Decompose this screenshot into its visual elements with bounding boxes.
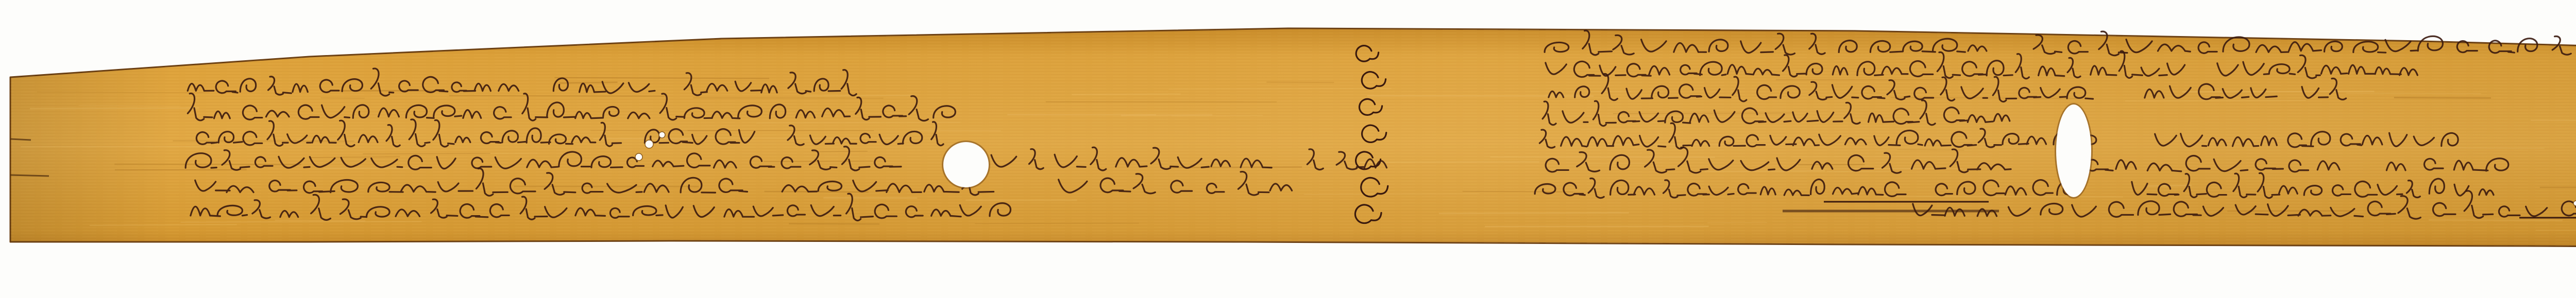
- worm-hole: [635, 153, 642, 161]
- string-hole-right: [2056, 104, 2091, 197]
- worm-hole: [2573, 201, 2576, 206]
- string-hole-left: [943, 142, 989, 187]
- manuscript-image: 221 நயயபெசியவைரதி நிரு பமணிமரய செயயசெருவ…: [0, 0, 2576, 298]
- worm-hole: [645, 140, 653, 148]
- worm-hole: [659, 132, 665, 138]
- palm-leaf: [0, 0, 2576, 298]
